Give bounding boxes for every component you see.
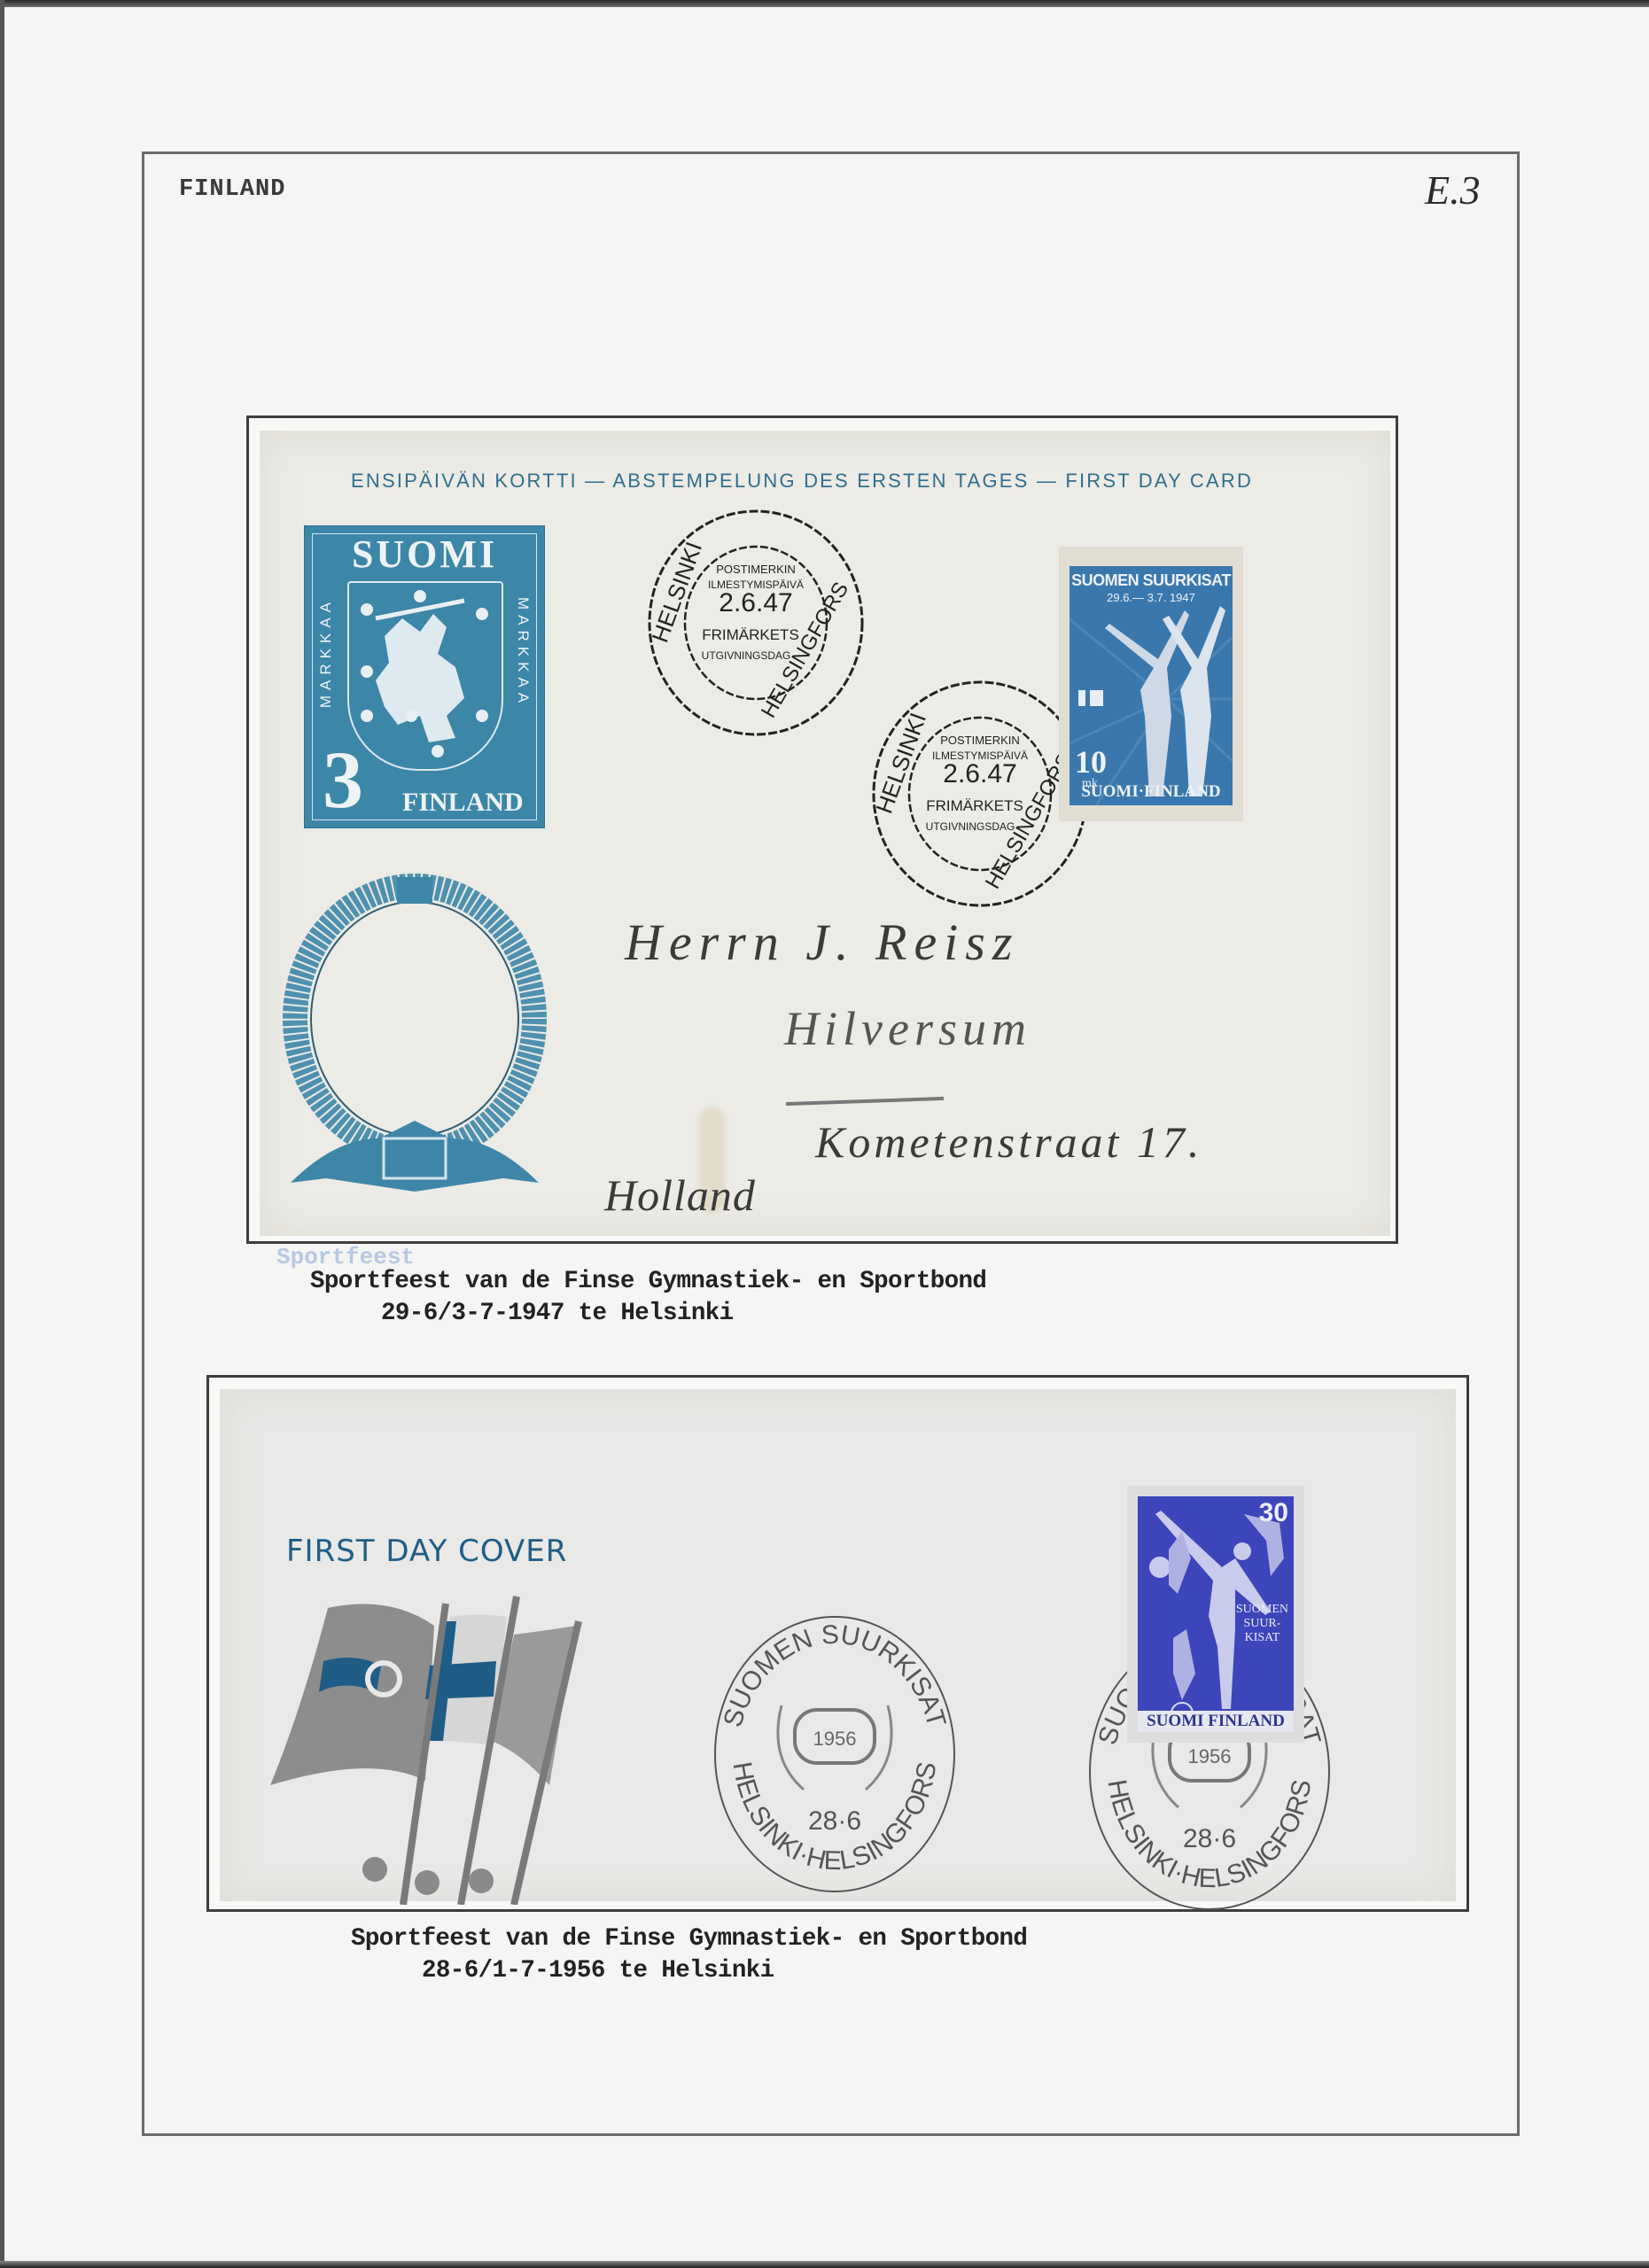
svg-text:POSTIMERKIN: POSTIMERKIN xyxy=(940,734,1020,747)
stamp-30mk-1956[interactable]: 30 SUOMEN SUUR- KISAT SUOMI FINLAND xyxy=(1127,1486,1304,1743)
card-header-text: ENSIPÄIVÄN KORTTI — ABSTEMPELUNG DES ERS… xyxy=(351,470,1253,493)
caption-1956-line-1: Sportfeest van de Finse Gymnastiek- en S… xyxy=(351,1925,1027,1953)
svg-text:HELSINKI: HELSINKI xyxy=(646,538,707,646)
svg-text:FRIMÄRKETS: FRIMÄRKETS xyxy=(702,626,799,643)
svg-text:UTGIVNINGSDAG: UTGIVNINGSDAG xyxy=(926,820,1015,833)
svg-text:POSTIMERKIN: POSTIMERKIN xyxy=(716,563,796,576)
fdc-title: FIRST DAY COVER xyxy=(286,1534,567,1569)
caption-1947-line-2: 29-6/3-7-1947 te Helsinki xyxy=(381,1300,734,1327)
printed-stamp-value: 3 xyxy=(323,739,363,820)
svg-text:2.6.47: 2.6.47 xyxy=(943,759,1016,788)
scan-edge-left xyxy=(0,0,4,2268)
album-country-heading: FINLAND xyxy=(179,176,285,203)
stamp-1956-side-line-2: SUUR- xyxy=(1236,1617,1288,1631)
stamp-10mk-1947[interactable]: SUOMEN SUURKISAT 29.6.— 3.7. 1947 10 mk … xyxy=(1059,547,1243,821)
svg-text:28·6: 28·6 xyxy=(808,1806,861,1836)
svg-text:UTGIVNINGSDAG: UTGIVNINGSDAG xyxy=(702,649,791,662)
stamp-1956-side-line-1: SUOMEN xyxy=(1236,1603,1288,1617)
svg-text:HELSINKI: HELSINKI xyxy=(870,709,931,817)
stamp-1947-country: SUOMI·FINLAND xyxy=(1070,782,1233,802)
stamp-1956-value: 30 xyxy=(1259,1498,1288,1528)
svg-text:SUOMEN SUURKISAT: SUOMEN SUURKISAT xyxy=(719,1620,952,1731)
stamp-1947-title: SUOMEN SUURKISAT xyxy=(1070,571,1233,590)
stamp-1956-design: 30 SUOMEN SUUR- KISAT SUOMI FINLAND xyxy=(1138,1496,1294,1732)
scan-edge-top xyxy=(0,0,1649,7)
stamp-1956-country: SUOMI FINLAND xyxy=(1138,1711,1294,1732)
stamp-1947-design: SUOMEN SUURKISAT 29.6.— 3.7. 1947 10 mk … xyxy=(1070,566,1233,805)
svg-text:ILMESTYMISPÄIVÄ: ILMESTYMISPÄIVÄ xyxy=(708,579,804,591)
stamp-1956-side-text: SUOMEN SUUR- KISAT xyxy=(1236,1603,1288,1645)
caption-1947-line-1: Sportfeest van de Finse Gymnastiek- en S… xyxy=(310,1268,986,1295)
printed-stamp-bottom-text: FINLAND xyxy=(402,788,524,818)
printed-stamp-3mk: SUOMI MARKKAA MARKKAA 3 FINLAND xyxy=(304,525,545,828)
printed-stamp-side-right: MARKKAA xyxy=(514,597,532,708)
address-street: Kometenstraat 17. xyxy=(815,1116,1202,1168)
svg-text:ILMESTYMISPÄIVÄ: ILMESTYMISPÄIVÄ xyxy=(932,750,1028,762)
stamp-1947-dates: 29.6.— 3.7. 1947 xyxy=(1070,591,1233,604)
faded-stamped-label: Sportfeest xyxy=(276,1244,415,1270)
address-country: Holland xyxy=(604,1169,756,1221)
lion-coat-of-arms-icon xyxy=(347,581,503,771)
printed-stamp-side-left: MARKKAA xyxy=(317,597,335,708)
stamp-1947-value: 10 xyxy=(1075,743,1107,781)
wreath-medallion-ornament-icon xyxy=(282,873,548,1200)
caption-1956-line-2: 28-6/1-7-1956 te Helsinki xyxy=(422,1957,774,1984)
stamp-1956-side-line-3: KISAT xyxy=(1236,1631,1288,1645)
postmark-suurkisat-1956-1: SUOMEN SUURKISAT HELSINKI·HELSINGFORS 19… xyxy=(706,1608,963,1900)
svg-text:1956: 1956 xyxy=(813,1728,857,1750)
flag-bearers-illustration-icon xyxy=(257,1577,594,1905)
svg-text:1956: 1956 xyxy=(1188,1745,1232,1767)
svg-text:28·6: 28·6 xyxy=(1183,1824,1236,1853)
postmark-helsinki-1: 2.6.47 POSTIMERKIN ILMESTYMISPÄIVÄ FRIMÄ… xyxy=(640,507,872,739)
svg-text:2.6.47: 2.6.47 xyxy=(719,588,792,617)
svg-text:FRIMÄRKETS: FRIMÄRKETS xyxy=(926,797,1023,814)
scan-edge-bottom xyxy=(0,2261,1649,2268)
address-name: Herrn J. Reisz xyxy=(625,913,1019,972)
address-city: Hilversum xyxy=(784,1001,1031,1056)
printed-stamp-top-text: SUOMI xyxy=(305,532,544,577)
album-page-number: E.3 xyxy=(1425,167,1481,214)
